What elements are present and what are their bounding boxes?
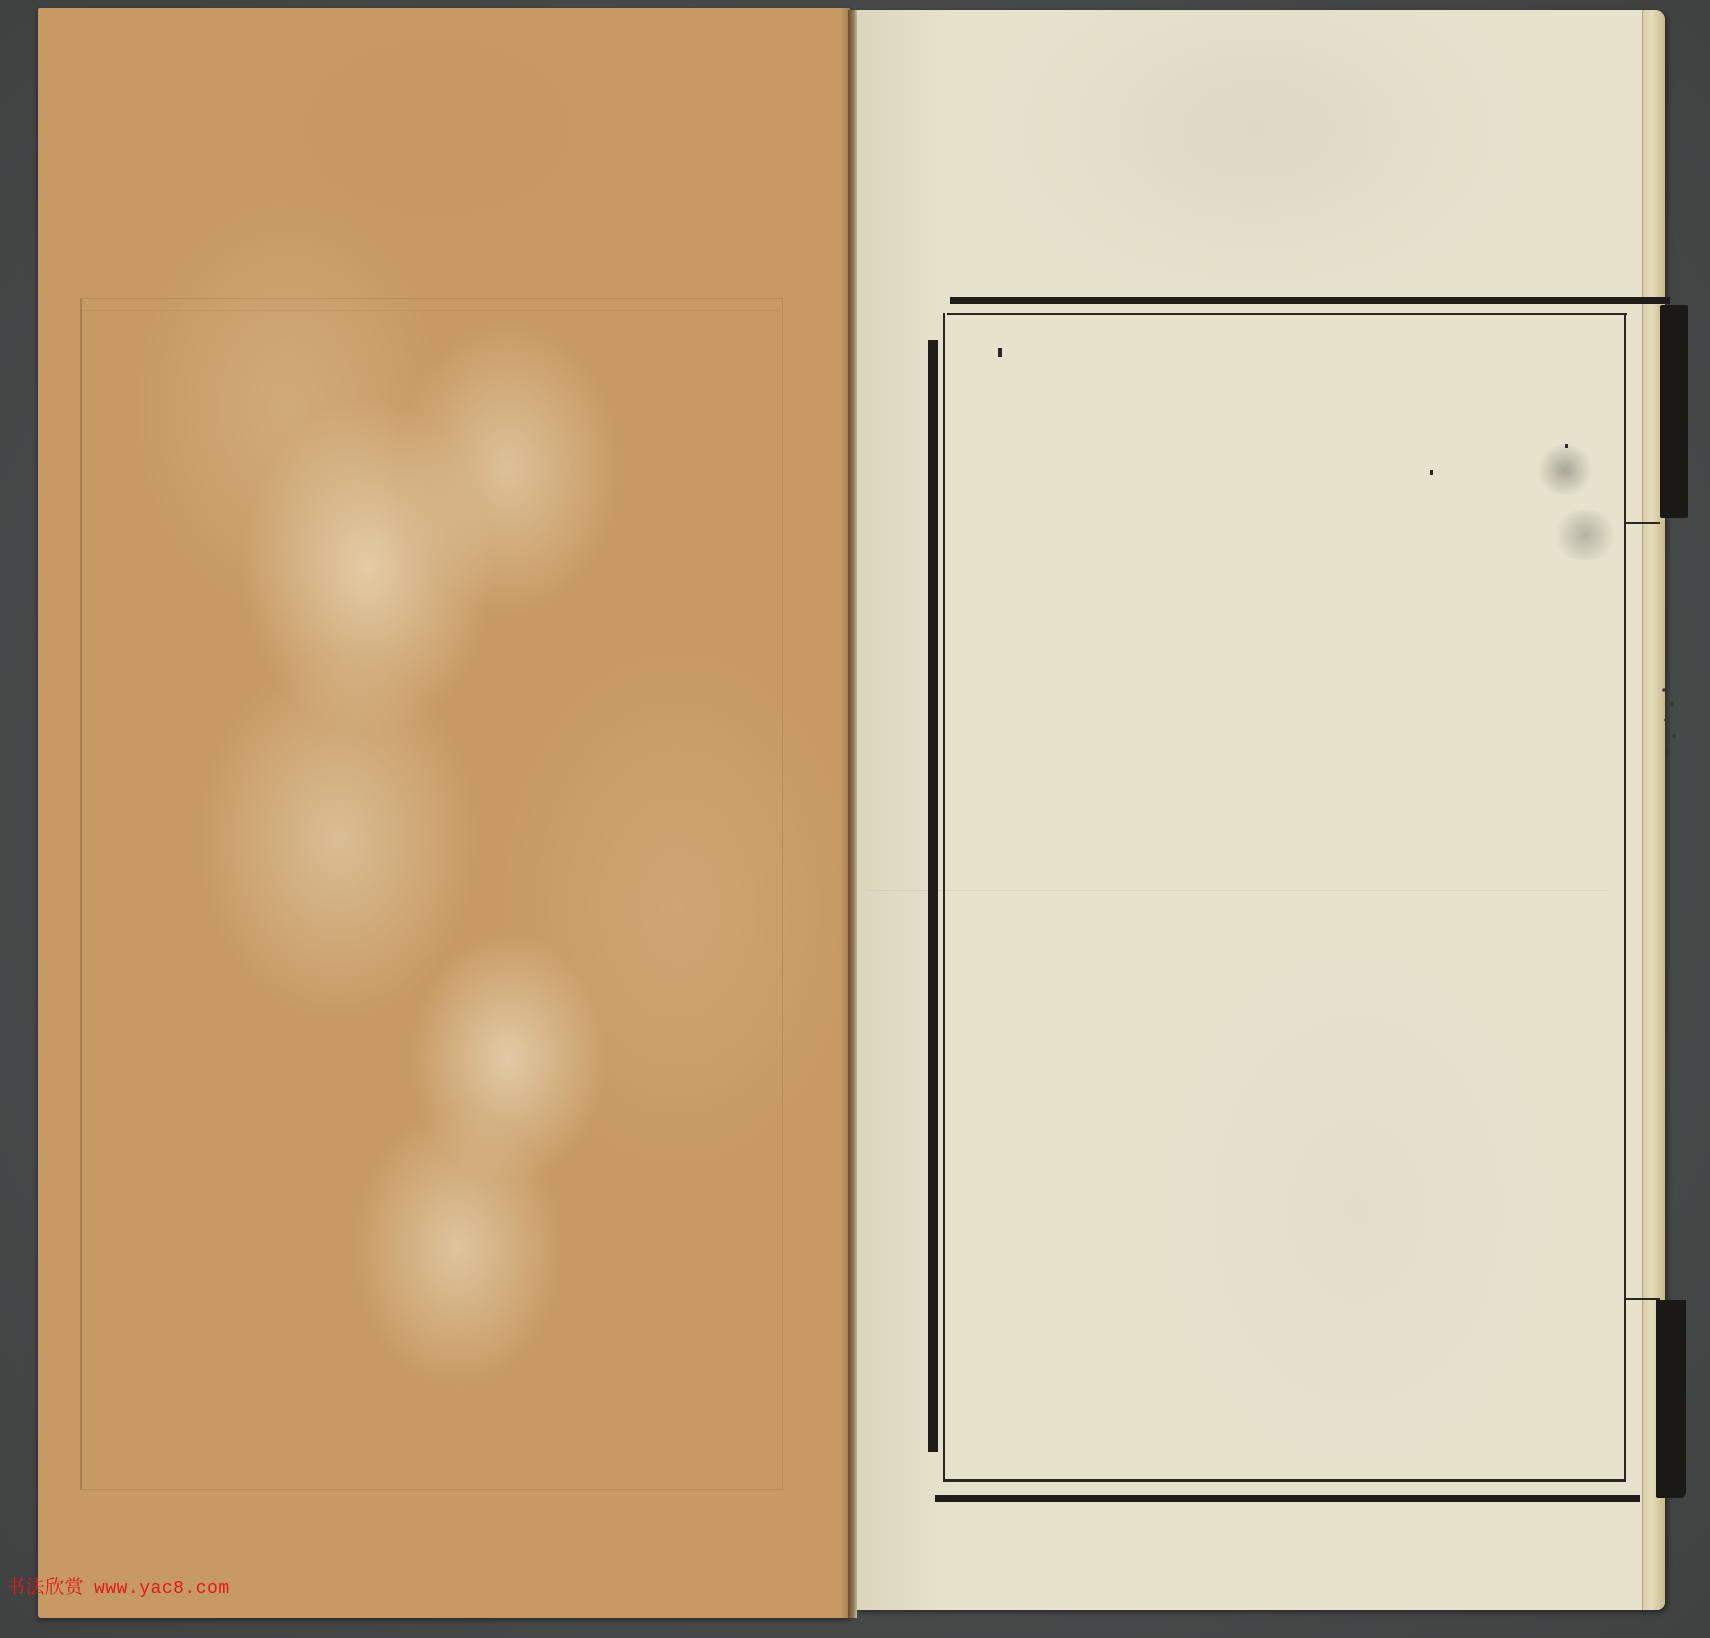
frame-inner-top-rule: [947, 313, 1627, 315]
frame-block-upper: [1660, 305, 1688, 518]
watermark: 书法欣赏www.yac8.com: [6, 1572, 230, 1599]
book-gutter: [848, 10, 857, 1618]
frame-inner-bottom-rule: [943, 1479, 1626, 1482]
ink-speck: [998, 348, 1002, 357]
ink-smudge: [1535, 445, 1595, 495]
watermark-url: www.yac8.com: [94, 1579, 230, 1599]
watermark-text: 书法欣赏: [6, 1576, 84, 1598]
paper-tone: [857, 10, 1665, 1610]
frame-tab-line-lower: [1626, 1298, 1660, 1300]
frame-block-lower: [1656, 1300, 1686, 1498]
frame-inner-left-rule: [943, 313, 945, 1481]
frame-tab-line-upper: [1626, 522, 1660, 524]
frame-outer-top-rule: [950, 297, 1670, 304]
frame-inner-right-rule: [1624, 313, 1626, 1481]
ink-speck: [1430, 470, 1433, 475]
ink-smudge: [1550, 510, 1620, 560]
show-through-frame-inner: [80, 310, 780, 1486]
frame-outer-bottom-rule: [935, 1495, 1640, 1502]
left-page-cover: [38, 8, 850, 1618]
frame-outer-left-rule: [928, 340, 938, 1452]
paper-fold-line: [867, 890, 1607, 891]
page-edge-specks: [1660, 680, 1680, 770]
right-page: [857, 10, 1665, 1610]
